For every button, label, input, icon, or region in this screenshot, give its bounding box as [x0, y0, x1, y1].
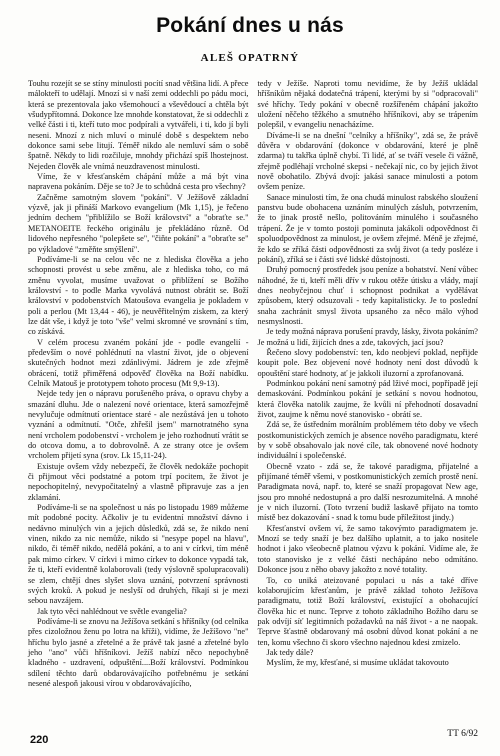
paragraph: Podíváme-li se na společnost u nás po li… [28, 503, 249, 606]
article-title: Pokání dnes u nás [0, 14, 500, 38]
paragraph: Podmínkou pokání není samotný pád lživé … [258, 379, 479, 420]
article-body: Touhu rozejít se se stíny minulosti pocí… [0, 64, 500, 689]
paragraph: Podíváme-li se znovu na Ježíšova setkání… [28, 617, 249, 689]
paragraph: Křesťanství ovšem ví, že samo takovýmto … [258, 524, 479, 576]
paragraph: Je tedy možná náprava porušení pravdy, l… [258, 327, 479, 348]
paragraph: Řečeno slovy podobenství: ten, kdo neobj… [258, 348, 479, 379]
right-column: tedy v Ježíše. Naproti tomu nevidíme, že… [258, 79, 479, 689]
paragraph: Druhý pomocný prostředek jsou peníze a b… [258, 265, 479, 327]
paragraph: Nejde tedy jen o nápravu porušeného práv… [28, 389, 249, 461]
paragraph: Podíváme-li se na celou věc ne z hledisk… [28, 255, 249, 338]
scanned-article-page: Pokání dnes u nás ALEŠ OPATRNÝ Touhu roz… [0, 0, 500, 756]
paragraph: Díváme-li se na dnešní "celníky a hříšní… [258, 131, 479, 193]
paragraph: Zdá se, že ústředním morálním problémem … [258, 420, 479, 461]
paragraph: Jak tedy dále? [258, 648, 479, 658]
journal-issue-label: TT 6/92 [447, 729, 478, 739]
paragraph: Sanace minulosti tím, že ona chudá minul… [258, 193, 479, 265]
paragraph: V celém procesu zvaném pokání jde - podl… [28, 338, 249, 390]
paragraph: Obecně vzato - zdá se, že takové paradig… [258, 462, 479, 524]
paragraph: Existuje ovšem vždy nebezpečí, že člověk… [28, 462, 249, 503]
paragraph: Jak tyto věci nahlédnout ve světle evang… [28, 607, 249, 617]
paragraph: To, co uniká ateizované populaci u nás a… [258, 576, 479, 648]
paragraph: Víme, že v křesťanském chápání může a má… [28, 172, 249, 193]
paragraph: Touhu rozejít se se stíny minulosti pocí… [28, 79, 249, 172]
paragraph: Myslím, že my, křesťané, si musíme uklád… [258, 658, 479, 668]
paragraph: Začněme samotným slovem "pokání". V Ježí… [28, 193, 249, 255]
paragraph: tedy v Ježíše. Naproti tomu nevidíme, že… [258, 79, 479, 131]
left-column: Touhu rozejít se se stíny minulosti pocí… [28, 79, 249, 689]
article-author: ALEŠ OPATRNÝ [0, 52, 500, 64]
page-number: 220 [30, 734, 48, 746]
